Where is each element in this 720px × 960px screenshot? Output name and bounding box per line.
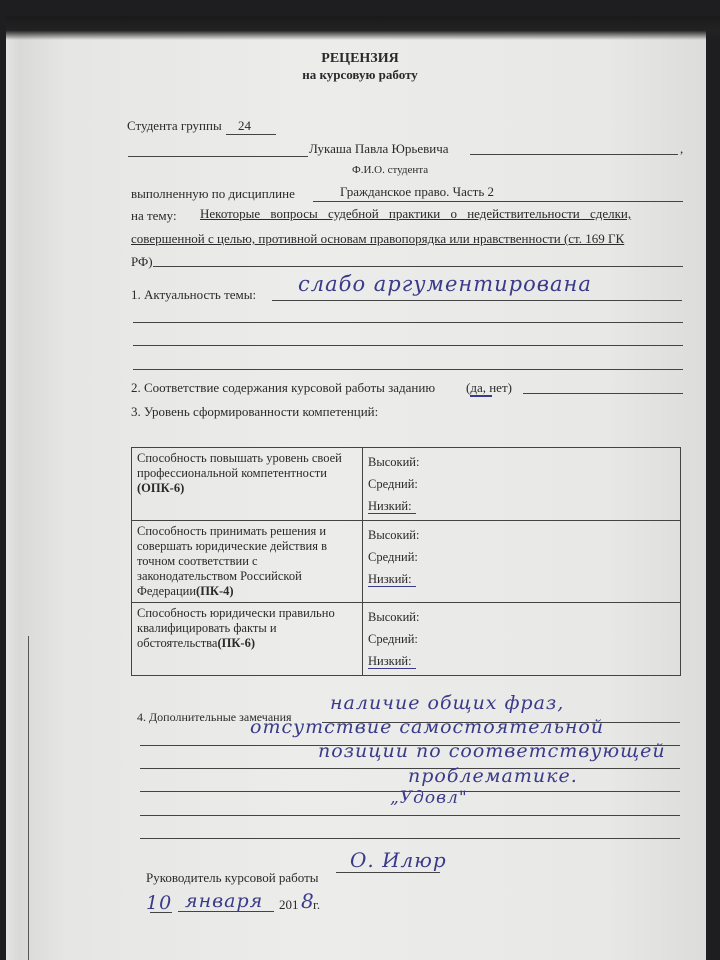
competency-code: (ОПК-6) — [137, 481, 184, 495]
date-year-unit: г. — [313, 897, 320, 913]
competency-levels: Высокий: Средний: Низкий: — [363, 603, 681, 676]
name-underline-right — [470, 154, 678, 155]
level-medium: Средний: — [368, 473, 675, 495]
section4-handwritten-line-3: позиции по соответствующей — [318, 740, 666, 762]
competency-code: (ПК-4) — [196, 584, 234, 598]
level-high: Высокий: — [368, 524, 675, 546]
section1-label: 1. Актуальность темы: — [131, 287, 256, 303]
supervisor-label: Руководитель курсовой работы — [146, 870, 319, 886]
topic-line-1: Некоторые вопросы судебной практики о не… — [200, 206, 631, 222]
section1-line-4 — [133, 369, 683, 370]
competency-row: Способность повышать уровень своей профе… — [132, 448, 681, 521]
section2-underline — [523, 393, 683, 394]
topic-line-2: совершенной с целью, противной основам п… — [131, 231, 624, 247]
student-group-value: 24 — [238, 118, 251, 134]
competency-row: Способность юридически правильно квалифи… — [132, 603, 681, 676]
group-underline — [226, 134, 276, 135]
competency-description: Способность повышать уровень своей профе… — [132, 448, 363, 521]
section4-handwritten-line-4: проблематике. — [408, 765, 578, 787]
competency-row: Способность принимать решения и совершат… — [132, 521, 681, 603]
supervisor-signature: О. Илюр — [350, 848, 447, 872]
level-medium: Средний: — [368, 628, 675, 650]
document-title: РЕЦЕНЗИЯ — [0, 51, 720, 67]
level-low-selected: Низкий: — [368, 499, 416, 514]
date-day: 10 — [146, 892, 172, 914]
level-high: Высокий: — [368, 606, 675, 628]
section4-line-5 — [140, 815, 680, 816]
section1-line-3 — [133, 345, 683, 346]
date-day-underline — [150, 912, 172, 913]
section4-handwritten-line-2: отсутствие самостоятельной — [250, 716, 604, 738]
topic-line-3: РФ) — [131, 254, 153, 270]
comma: , — [680, 141, 683, 157]
discipline-underline — [313, 201, 683, 202]
date-year-prefix: 201 — [279, 897, 299, 913]
competency-description: Способность юридически правильно квалифи… — [132, 603, 363, 676]
competency-levels: Высокий: Средний: Низкий: — [363, 521, 681, 603]
discipline-label: выполненную по дисциплине — [131, 186, 295, 202]
section3-label: 3. Уровень сформированности компетенций: — [131, 404, 378, 420]
competency-description: Способность принимать решения и совершат… — [132, 521, 363, 603]
student-name: Лукаша Павла Юрьевича — [309, 141, 449, 157]
name-underline-left — [128, 156, 308, 157]
page-top-shadow — [6, 16, 720, 40]
discipline-value: Гражданское право. Часть 2 — [340, 184, 494, 200]
date-month: января — [185, 890, 263, 912]
level-low-selected: Низкий: — [368, 654, 416, 669]
section2-selected-mark — [470, 395, 492, 397]
topic-underline — [153, 266, 683, 267]
competency-code: (ПК-6) — [217, 636, 255, 650]
topic-label: на тему: — [131, 208, 177, 224]
section1-line-2 — [133, 322, 683, 323]
document-subtitle: на курсовую работу — [0, 67, 720, 83]
level-low-selected: Низкий: — [368, 572, 416, 587]
level-medium: Средний: — [368, 546, 675, 568]
name-caption: Ф.И.О. студента — [352, 164, 428, 176]
competency-levels: Высокий: Средний: Низкий: — [363, 448, 681, 521]
supervisor-underline — [336, 872, 440, 873]
competencies-table: Способность повышать уровень своей профе… — [131, 447, 681, 676]
section1-handwritten: слабо аргументирована — [298, 272, 592, 296]
section1-line-1 — [272, 300, 682, 301]
section4-handwritten-line-1: наличие общих фраз, — [330, 692, 564, 714]
section4-handwritten-grade: „Удовл" — [390, 788, 468, 808]
student-group-label: Студента группы — [127, 118, 222, 134]
level-high: Высокий: — [368, 451, 675, 473]
section4-line-6 — [140, 838, 680, 839]
section2-label: 2. Соответствие содержания курсовой рабо… — [131, 380, 435, 396]
section2-options: (да, нет) — [466, 380, 512, 396]
